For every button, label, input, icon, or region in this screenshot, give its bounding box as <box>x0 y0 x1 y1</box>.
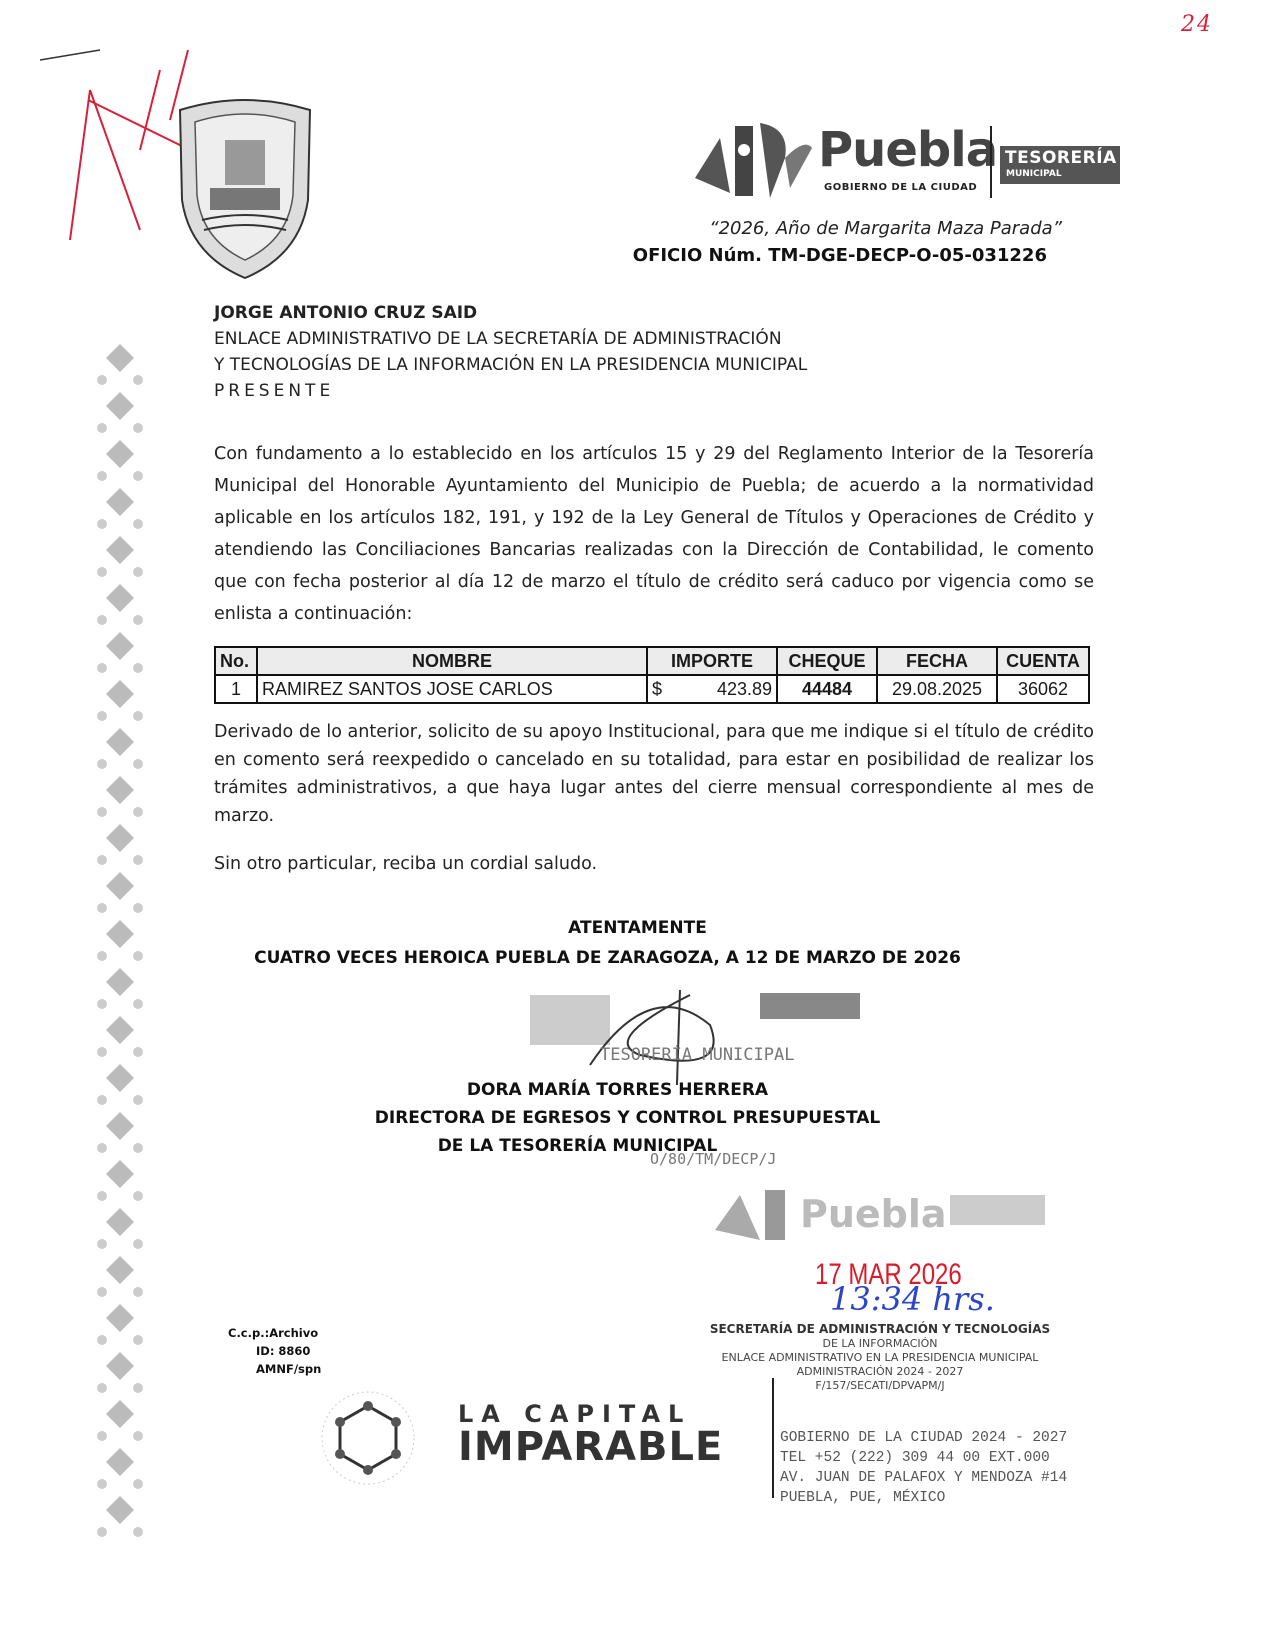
rcv-line-1: SECRETARÍA DE ADMINISTRACIÓN Y TECNOLOGÍ… <box>710 1322 1050 1336</box>
expired-cheques-table: No. NOMBRE IMPORTE CHEQUE FECHA CUENTA 1… <box>214 646 1090 704</box>
footer-divider <box>772 1378 774 1498</box>
tesoreria-title: TESORERÍA <box>1005 148 1117 168</box>
signer-title-1: DIRECTORA DE EGRESOS Y CONTROL PRESUPUES… <box>0 1108 1265 1128</box>
ccp-line-3: AMNF/spn <box>228 1360 321 1378</box>
recipient-title-line-1: ENLACE ADMINISTRATIVO DE LA SECRETARÍA D… <box>214 326 807 352</box>
footer-line-1: GOBIERNO DE LA CIUDAD 2024 - 2027 <box>780 1428 1067 1448</box>
closing-atentamente: ATENTAMENTE <box>0 918 1275 938</box>
cell-fecha: 29.08.2025 <box>877 675 997 703</box>
seal-reference: O/80/TM/DECP/J <box>650 1150 776 1168</box>
footer-contact: GOBIERNO DE LA CIUDAD 2024 - 2027 TEL +5… <box>780 1428 1067 1508</box>
col-nombre: NOMBRE <box>257 647 647 675</box>
la-capital-imparable-logo: LA CAPITAL IMPARABLE <box>458 1400 723 1470</box>
table-row: 1 RAMIREZ SANTOS JOSE CARLOS $ 423.89 44… <box>215 675 1089 703</box>
svg-text:Puebla: Puebla <box>800 1192 947 1236</box>
logo-divider <box>990 126 992 198</box>
currency-symbol: $ <box>652 679 662 700</box>
decorative-border-ornament <box>90 340 150 1540</box>
greeting: PRESENTE <box>214 378 807 404</box>
cell-no: 1 <box>215 675 257 703</box>
footer-line-2: TEL +52 (222) 309 44 00 EXT.000 <box>780 1448 1067 1468</box>
body-paragraph-2: Derivado de lo anterior, solicito de su … <box>214 718 1094 830</box>
puebla-emblem-icon <box>690 118 815 203</box>
signer-name: DORA MARÍA TORRES HERRERA <box>0 1080 1255 1100</box>
footer-line-3: AV. JUAN DE PALAFOX Y MENDOZA #14 <box>780 1468 1067 1488</box>
puebla-logo-stamp: Puebla <box>710 1185 1050 1245</box>
recipient-title-line-2: Y TECNOLOGÍAS DE LA INFORMACIÓN EN LA PR… <box>214 352 807 378</box>
rcv-line-2: DE LA INFORMACIÓN <box>690 1337 1070 1351</box>
cell-cheque: 44484 <box>777 675 877 703</box>
recipient-block: JORGE ANTONIO CRUZ SAID ENLACE ADMINISTR… <box>214 300 807 404</box>
rcv-line-4: ADMINISTRACIÓN 2024 - 2027 <box>690 1365 1070 1379</box>
logo-subtitle: GOBIERNO DE LA CIUDAD <box>824 182 977 193</box>
table-header-row: No. NOMBRE IMPORTE CHEQUE FECHA CUENTA <box>215 647 1089 675</box>
col-fecha: FECHA <box>877 647 997 675</box>
city-coat-of-arms-icon <box>170 90 320 280</box>
col-importe: IMPORTE <box>647 647 777 675</box>
body-paragraph-1: Con fundamento a lo establecido en los a… <box>214 438 1094 630</box>
closing-place-date: CUATRO VECES HEROICA PUEBLA DE ZARAGOZA,… <box>0 948 1245 968</box>
signer-title-2: DE LA TESORERÍA MUNICIPAL <box>0 1136 1215 1156</box>
year-motto: “2026, Año de Margarita Maza Parada” <box>709 218 1062 239</box>
received-stamp-text: SECRETARÍA DE ADMINISTRACIÓN Y TECNOLOGÍ… <box>690 1322 1070 1393</box>
recipient-name: JORGE ANTONIO CRUZ SAID <box>214 300 807 326</box>
footer-line-4: PUEBLA, PUE, MÉXICO <box>780 1488 1067 1508</box>
rcv-line-5: F/157/SECATI/DPVAPM/J <box>690 1379 1070 1393</box>
handwritten-page-number: 24 <box>1181 12 1213 37</box>
col-cuenta: CUENTA <box>997 647 1089 675</box>
cell-importe: $ 423.89 <box>647 675 777 703</box>
col-cheque: CHEQUE <box>777 647 877 675</box>
norma-igualdad-laboral-seal-icon <box>318 1388 418 1488</box>
puebla-tesoreria-logo: Puebla GOBIERNO DE LA CIUDAD TESORERÍA M… <box>690 118 1110 208</box>
oficio-number: OFICIO Núm. TM-DGE-DECP-O-05-031226 <box>633 245 1047 266</box>
ccp-line-2: ID: 8860 <box>228 1342 321 1360</box>
col-no: No. <box>215 647 257 675</box>
cell-nombre: RAMIREZ SANTOS JOSE CARLOS <box>257 675 647 703</box>
tesoreria-badge: TESORERÍA MUNICIPAL <box>1000 146 1120 184</box>
importe-value: 423.89 <box>717 679 772 700</box>
received-time-handwritten: 13:34 hrs. <box>830 1280 995 1318</box>
ccp-block: C.c.p.:Archivo ID: 8860 AMNF/spn <box>228 1324 321 1378</box>
logo-wordmark: Puebla <box>818 122 997 178</box>
seal-text-line-1: TESORERÍA MUNICIPAL <box>600 1045 794 1065</box>
tesoreria-subtitle: MUNICIPAL <box>1006 169 1062 179</box>
cell-cuenta: 36062 <box>997 675 1089 703</box>
tesoreria-seal-and-signature <box>530 985 860 1085</box>
body-paragraph-3: Sin otro particular, reciba un cordial s… <box>214 848 1094 880</box>
slogan-bottom: IMPARABLE <box>458 1424 723 1470</box>
ccp-line-1: C.c.p.:Archivo <box>228 1324 321 1342</box>
rcv-line-3: ENLACE ADMINISTRATIVO EN LA PRESIDENCIA … <box>690 1351 1070 1365</box>
